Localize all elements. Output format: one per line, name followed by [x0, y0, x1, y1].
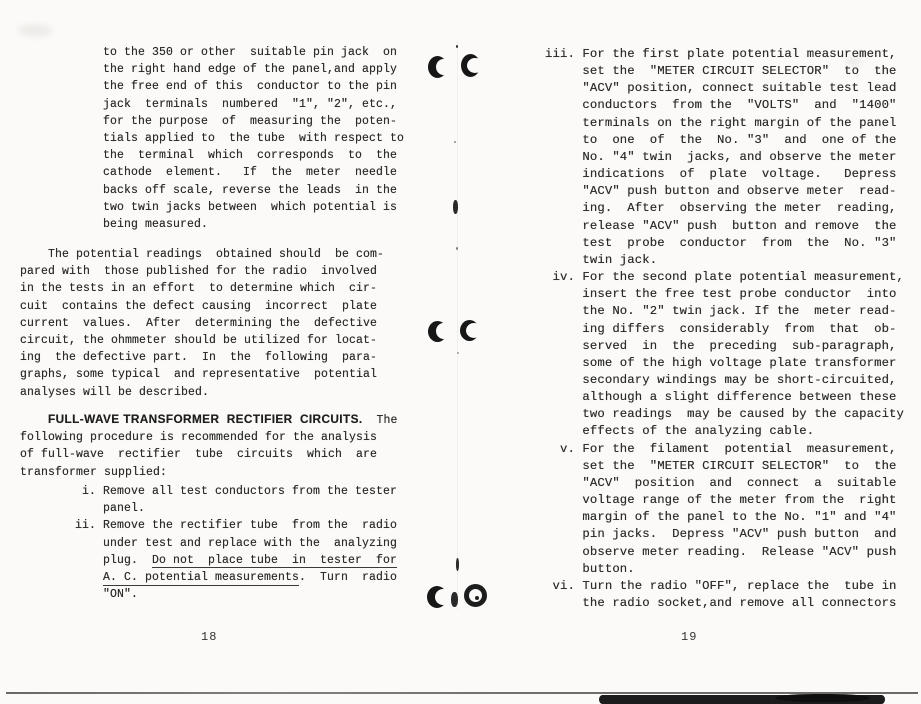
left-section-full-wave-rectifier: FULL-WAVE TRANSFORMER RECTIFIER CIRCUITS…	[20, 411, 398, 481]
ink-speck	[456, 45, 458, 48]
scan-smudge	[846, 56, 862, 66]
left-continuation-paragraph: to the 350 or other suitable pin jack on…	[103, 44, 404, 233]
ink-speck	[456, 558, 459, 571]
page-number-left: 18	[201, 630, 217, 644]
binding-hole-mark	[428, 56, 450, 79]
left-numbered-list: i. Remove all test conductors from the t…	[68, 483, 397, 603]
binding-hole-mark	[461, 54, 483, 78]
binding-hole-mark	[460, 320, 481, 342]
ink-speck	[456, 247, 458, 250]
ink-speck	[451, 592, 458, 607]
binding-hole-mark	[464, 584, 489, 609]
page-number-right: 19	[681, 630, 697, 644]
gutter-crease	[457, 40, 458, 610]
ink-speck	[457, 352, 459, 354]
scan-edge-band-dark	[775, 694, 870, 702]
ink-speck	[454, 141, 456, 143]
scan-edge-line	[6, 692, 918, 694]
scanned-manual-spread: to the 350 or other suitable pin jack on…	[0, 0, 921, 704]
scan-smudge	[18, 24, 52, 37]
binding-hole-mark	[428, 321, 449, 343]
binding-hole-mark	[427, 586, 449, 609]
left-paragraph-potential-readings: The potential readings obtained should b…	[20, 246, 384, 401]
ink-speck	[453, 200, 458, 214]
right-numbered-list: iii. For the first plate potential measu…	[545, 46, 904, 612]
